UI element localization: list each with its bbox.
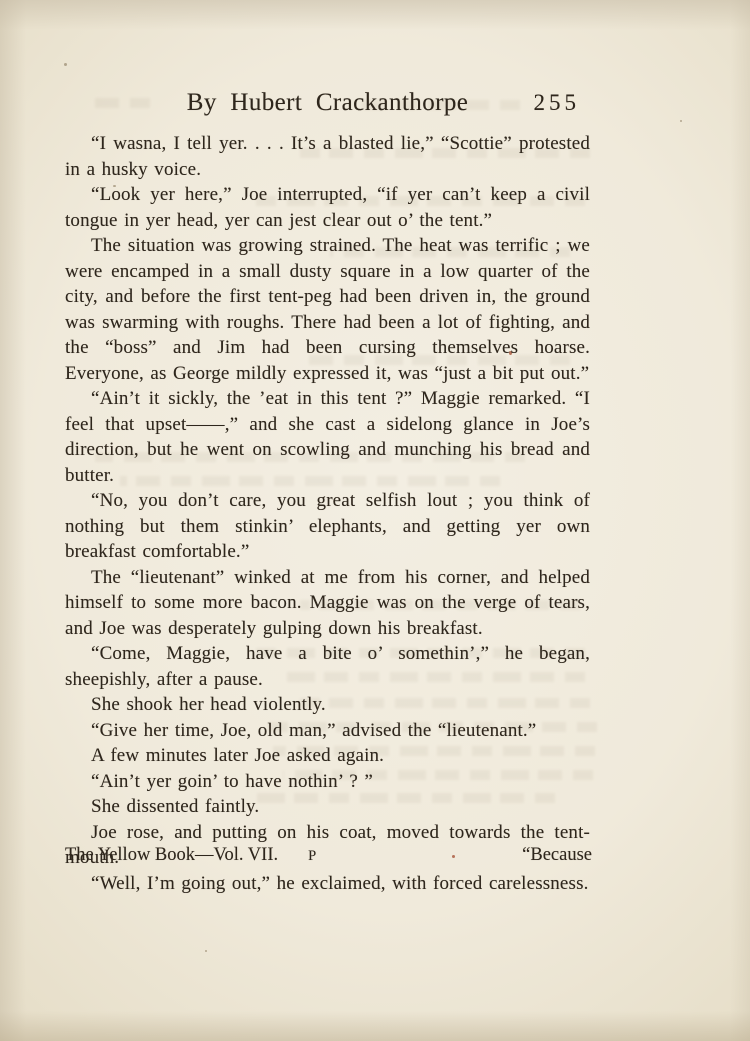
paragraph: She shook her head violently.	[65, 692, 590, 718]
footer: The Yellow Book—Vol. VII. P “Because	[65, 845, 592, 866]
body-text: “I wasna, I tell yer. . . . It’s a blast…	[65, 131, 590, 896]
press-signature: P	[308, 848, 317, 865]
paragraph: “Ain’t yer goin’ to have nothin’ ? ”	[65, 769, 590, 795]
paragraph: “Well, I’m going out,” he exclaimed, wit…	[65, 871, 590, 897]
paragraph: “Look yer here,” Joe interrupted, “if ye…	[65, 182, 590, 233]
volume-signature: The Yellow Book—Vol. VII.	[65, 845, 278, 866]
paper-speck	[64, 63, 67, 66]
paragraph: “Give her time, Joe, old man,” advised t…	[65, 718, 590, 744]
page-number: 255	[534, 90, 581, 116]
paragraph: “No, you don’t care, you great selfish l…	[65, 488, 590, 565]
paper-speck	[205, 950, 207, 952]
paragraph: “I wasna, I tell yer. . . . It’s a blast…	[65, 131, 590, 182]
catchword: “Because	[522, 845, 592, 866]
paragraph: “Come, Maggie, have a bite o’ somethin’,…	[65, 641, 590, 692]
paragraph: She dissented faintly.	[65, 794, 590, 820]
paper-speck	[680, 120, 682, 122]
page-title: By Hubert Crackanthorpe	[65, 88, 590, 118]
paragraph: The “lieutenant” winked at me from his c…	[65, 565, 590, 642]
paragraph: A few minutes later Joe asked again.	[65, 743, 590, 769]
paragraph: “Ain’t it sickly, the ’eat in this tent …	[65, 386, 590, 488]
running-head: By Hubert Crackanthorpe 255	[65, 88, 590, 122]
book-page: By Hubert Crackanthorpe 255 “I wasna, I …	[0, 0, 750, 1041]
paragraph: The situation was growing strained. The …	[65, 233, 590, 386]
